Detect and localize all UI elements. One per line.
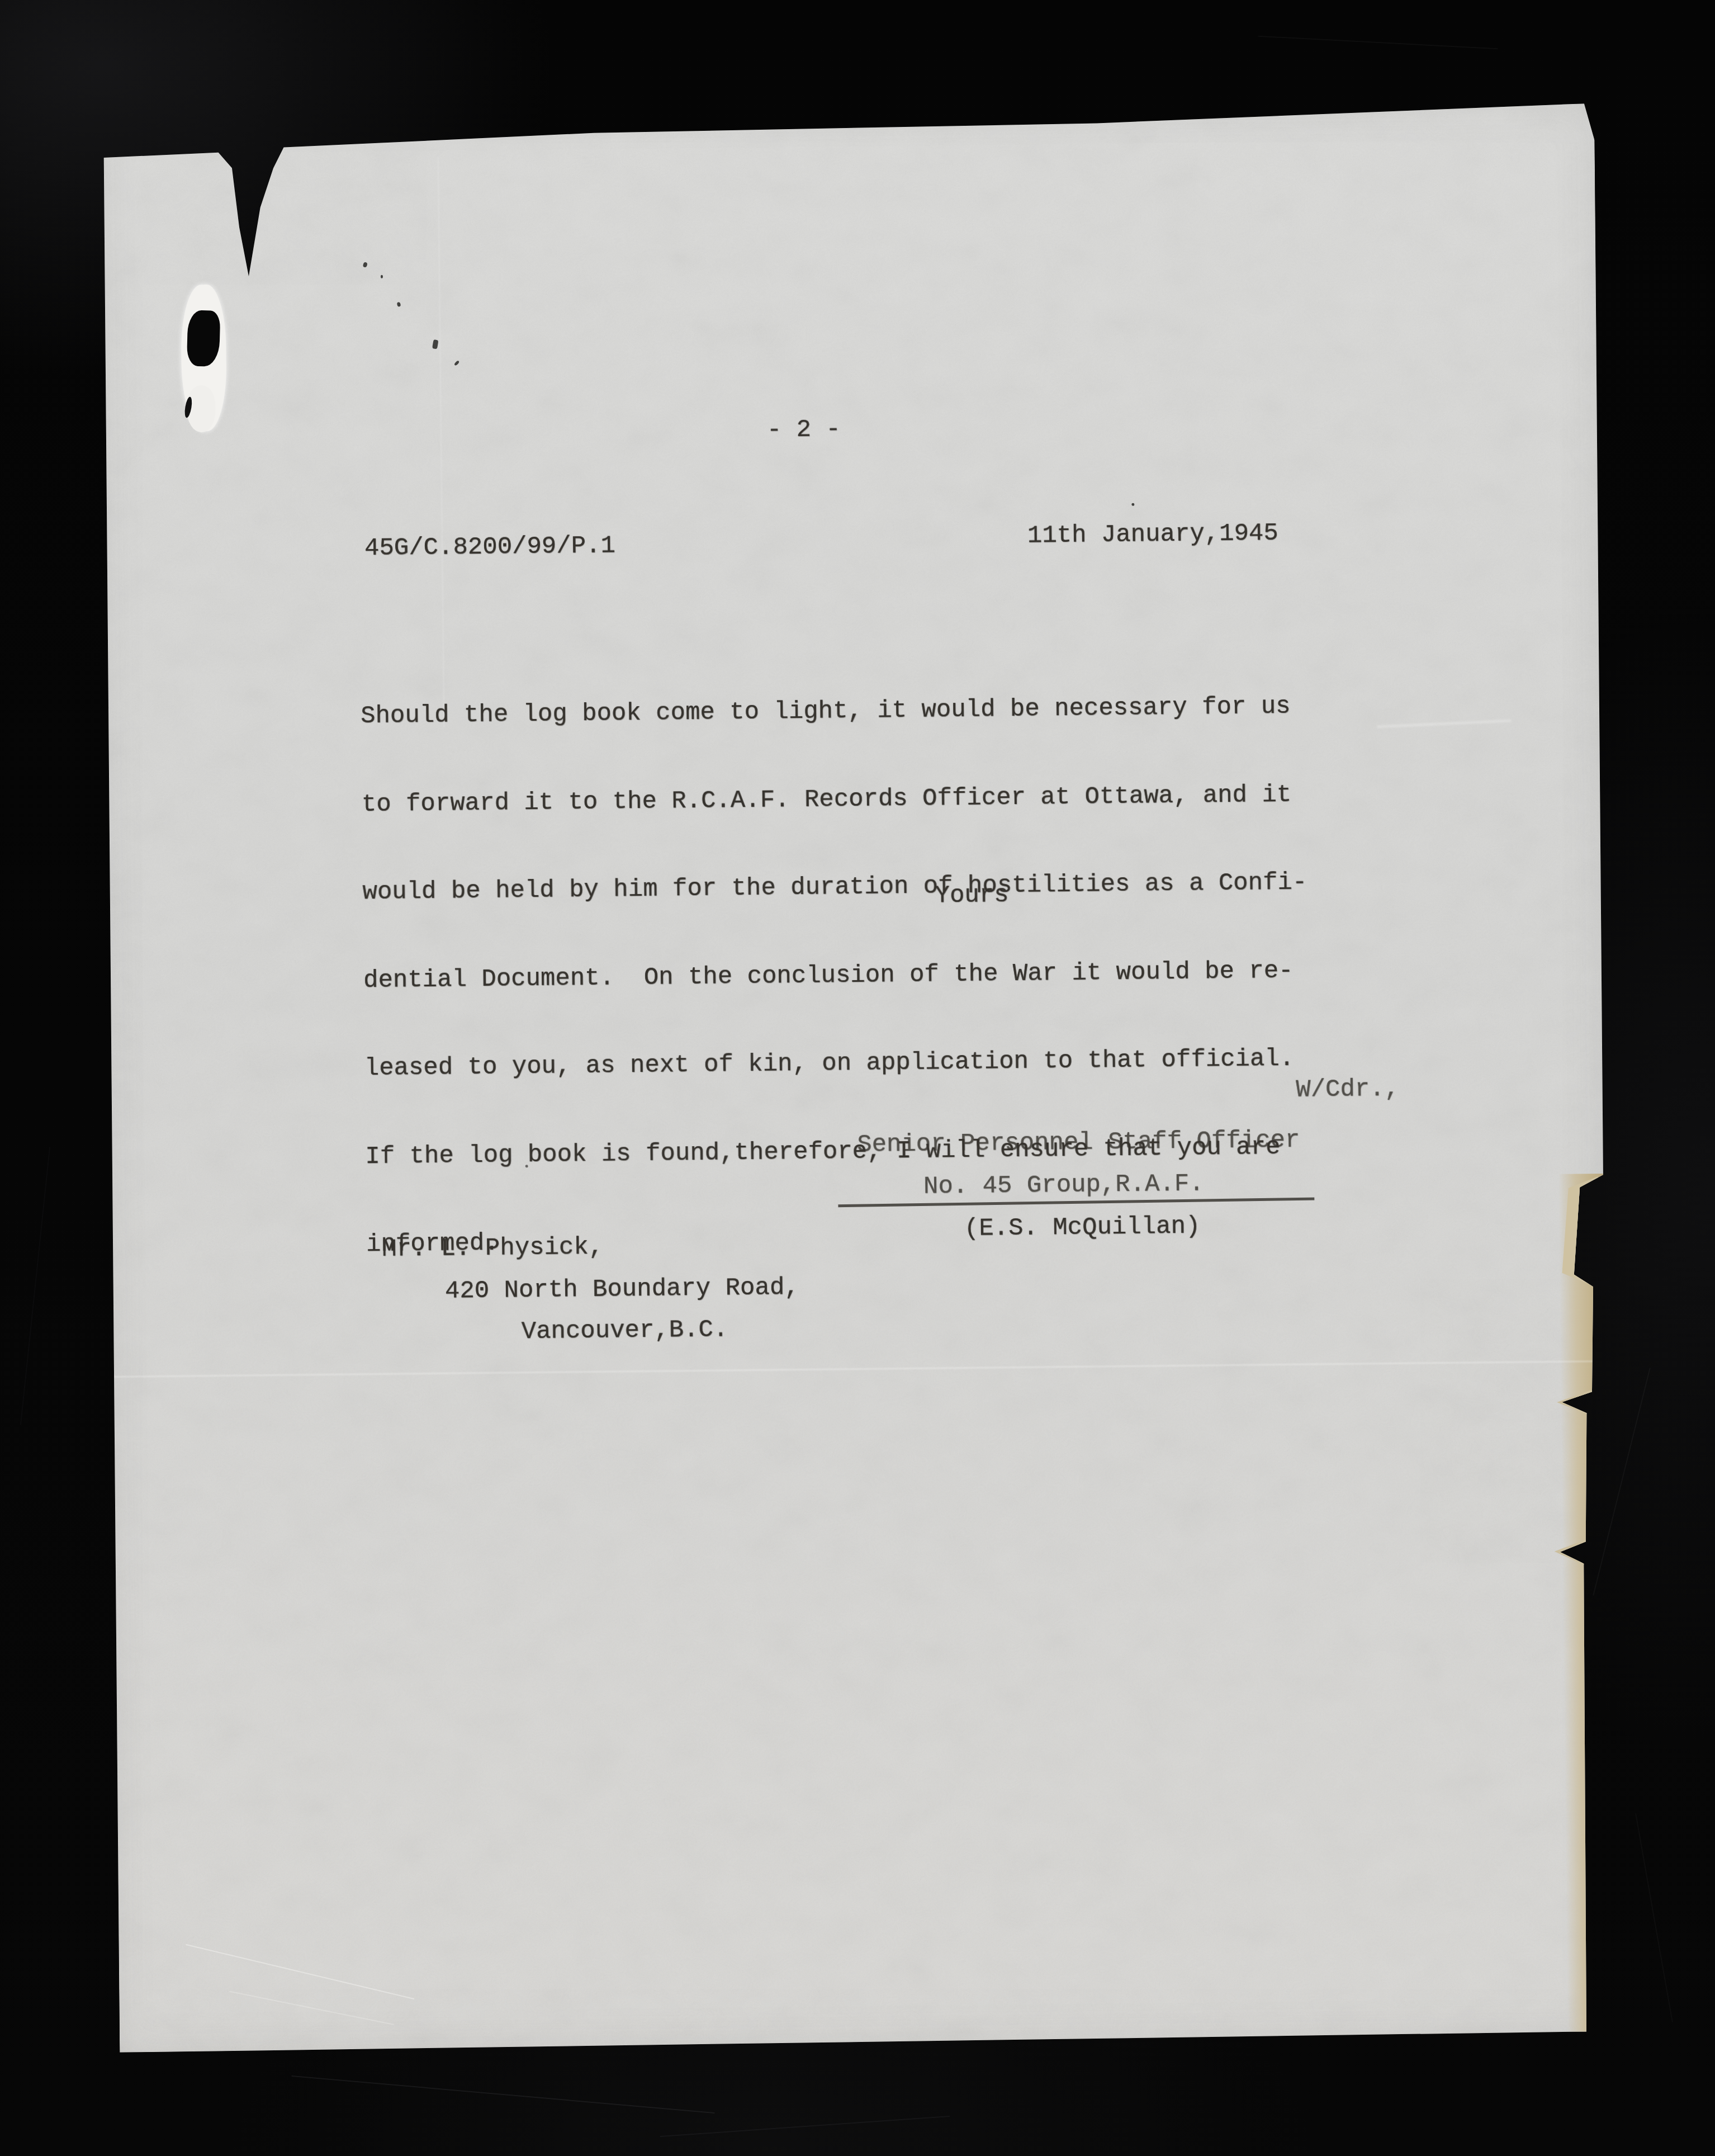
page-number: - 2 - [767, 415, 841, 444]
blue-fleck [1588, 1215, 1597, 1228]
document-page: - 2 - 45G/C.8200/99/P.1 11th January,194… [91, 96, 1620, 2057]
signature-title: Senior Personnel Staff Officer [857, 1127, 1300, 1159]
closing-salutation: Yours [935, 881, 1009, 910]
background-scratch [1593, 1368, 1651, 1596]
body-line: leased to you, as next of kin, on applic… [364, 1045, 1309, 1087]
letter-date: 11th January,1945 [1027, 519, 1278, 550]
background-scratch [660, 2116, 950, 2137]
recipient-street: 420 North Boundary Road, [445, 1274, 799, 1306]
body-line: to forward it to the R.C.A.F. Records Of… [362, 781, 1306, 822]
recipient-city: Vancouver,B.C. [521, 1316, 728, 1346]
scan-background: - 2 - 45G/C.8200/99/P.1 11th January,194… [0, 0, 1715, 2156]
signature-rank: W/Cdr., [1296, 1075, 1399, 1104]
reference-number: 45G/C.8200/99/P.1 [364, 532, 615, 562]
background-scratch [291, 2075, 714, 2114]
typewritten-text-layer: - 2 - 45G/C.8200/99/P.1 11th January,194… [91, 96, 1620, 2057]
body-line: Should the log book come to light, it wo… [361, 693, 1305, 735]
background-scratch [20, 1147, 50, 1425]
background-scratch [1258, 36, 1498, 50]
body-line: would be held by him for the duration of… [362, 869, 1307, 911]
signature-unit: No. 45 Group,R.A.F. [923, 1170, 1204, 1200]
background-scratch [1635, 1813, 1673, 2023]
recipient-name: Mr. L. Physick, [382, 1233, 604, 1264]
signatory-name: (E.S. McQuillan) [964, 1213, 1201, 1243]
body-line: dential Document. On the conclusion of t… [363, 957, 1308, 999]
